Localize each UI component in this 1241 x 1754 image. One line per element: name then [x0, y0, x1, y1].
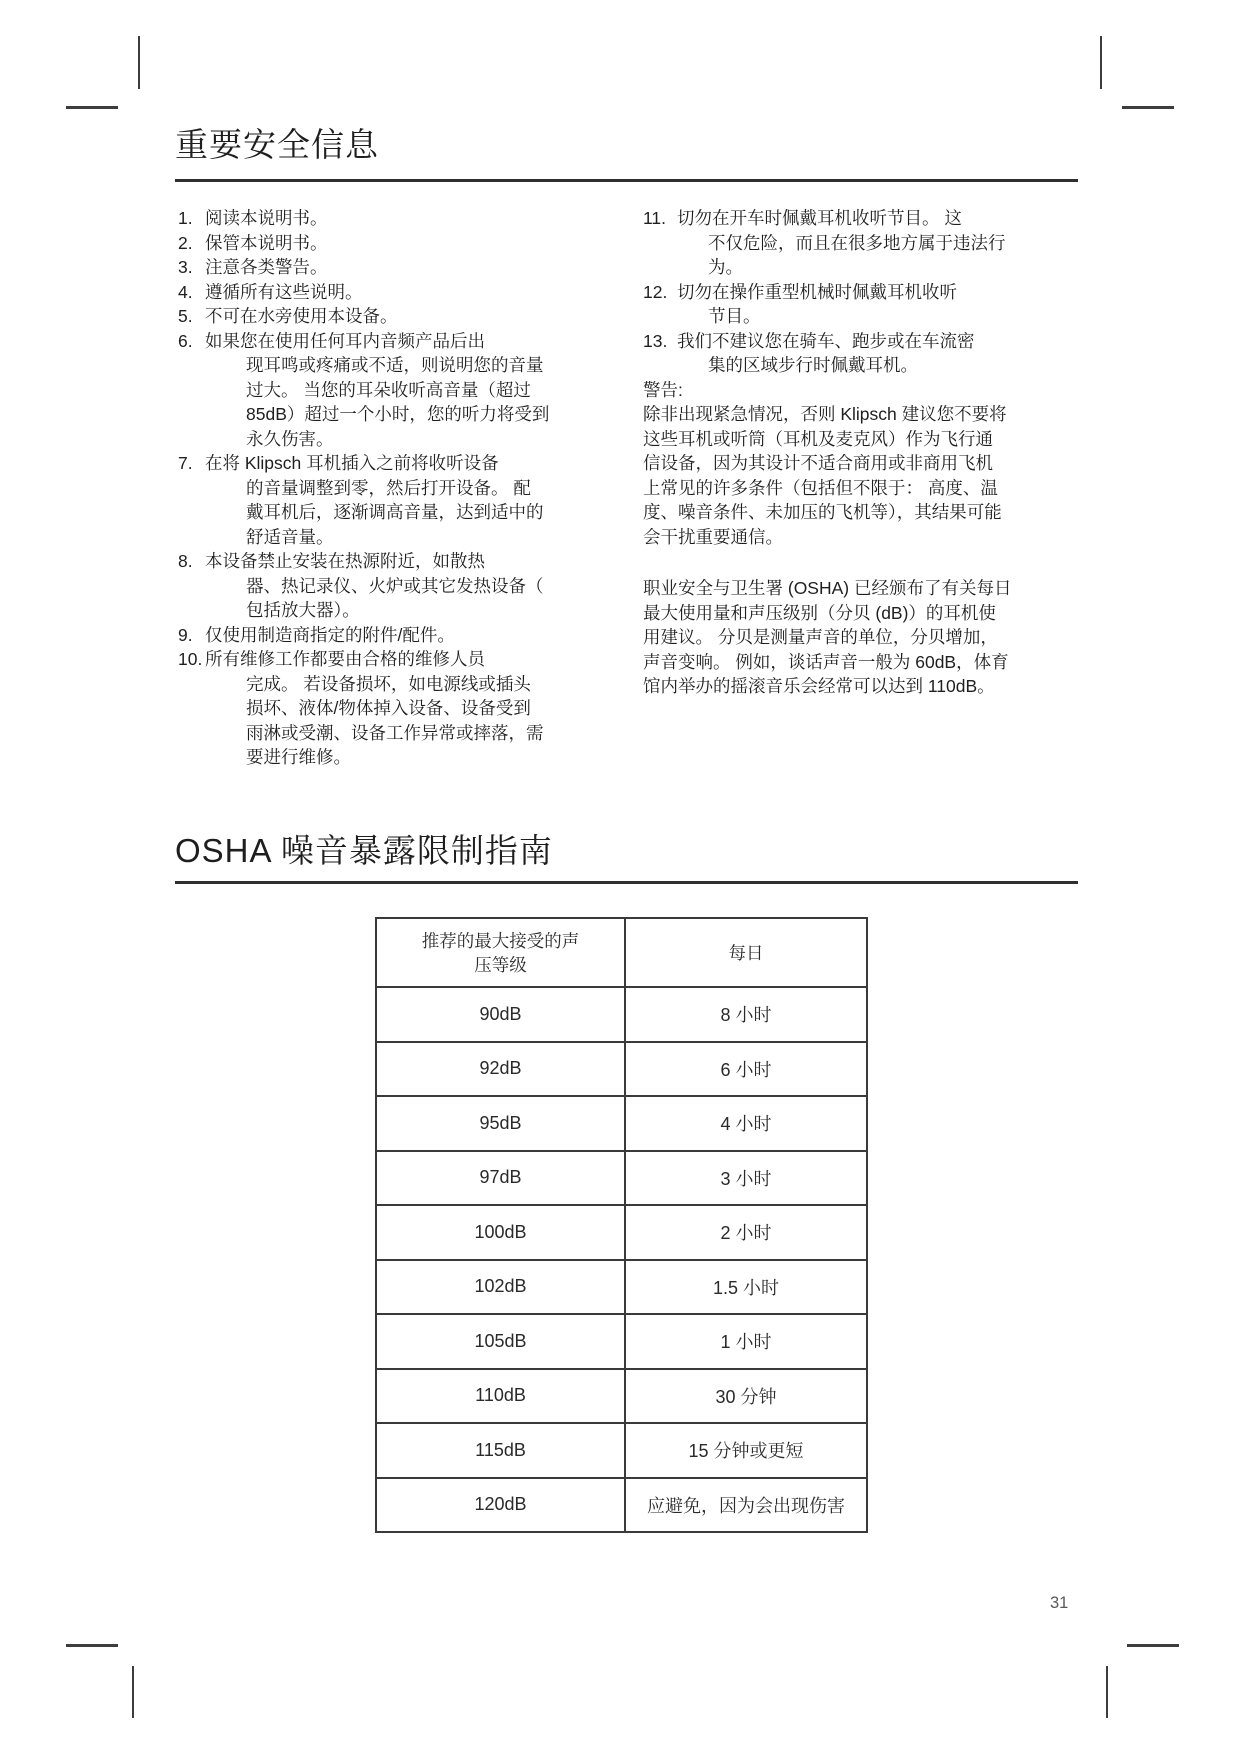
osha-section-title: OSHA 噪音暴露限制指南 — [175, 832, 553, 870]
safety-list-right: 11.切勿在开车时佩戴耳机收听节目。 这不仅危险，而且在很多地方属于违法行为。1… — [643, 206, 1063, 699]
table-cell-daily-limit: 2 小时 — [625, 1205, 867, 1260]
crop-mark-top-right-horizontal — [1122, 106, 1174, 109]
list-item-number: 10. — [178, 647, 205, 672]
list-item-number: 9. — [178, 623, 205, 648]
list-item-line: 包括放大器）。 — [178, 598, 598, 623]
crop-mark-top-left-horizontal — [66, 106, 118, 109]
crop-mark-top-right-vertical — [1100, 36, 1102, 89]
list-item-line: 完成。 若设备损坏，如电源线或插头 — [178, 672, 598, 697]
list-item-line: 的音量调整到零，然后打开设备。 配 — [178, 476, 598, 501]
paragraph-line: 声音变响。 例如，谈话声音一般为 60dB，体育 — [643, 650, 1063, 675]
list-item-line: 为。 — [643, 255, 1063, 280]
list-item-line: 6.如果您在使用任何耳内音频产品后出 — [178, 329, 598, 354]
crop-mark-bottom-right-horizontal — [1127, 1644, 1179, 1647]
list-item-number: 6. — [178, 329, 205, 354]
list-item-line: 器、热记录仪、火炉或其它发热设备（ — [178, 574, 598, 599]
list-item-number: 5. — [178, 304, 205, 329]
table-cell-daily-limit: 6 小时 — [625, 1042, 867, 1097]
list-item-line: 损坏、液体/物体掉入设备、设备受到 — [178, 696, 598, 721]
table-cell-daily-limit: 1.5 小时 — [625, 1260, 867, 1315]
table-cell-daily-limit: 30 分钟 — [625, 1369, 867, 1424]
table-row: 102dB1.5 小时 — [376, 1260, 867, 1315]
paragraph-line: 信设备，因为其设计不适合商用或非商用飞机 — [643, 451, 1063, 476]
table-cell-sound-pressure-level: 92dB — [376, 1042, 625, 1097]
warning-paragraph: 除非出现紧急情况，否则 Klipsch 建议您不要将这些耳机或听筒（耳机及麦克风… — [643, 402, 1063, 549]
table-row: 92dB6 小时 — [376, 1042, 867, 1097]
table-cell-sound-pressure-level: 110dB — [376, 1369, 625, 1424]
paragraph-line: 馆内举办的摇滚音乐会经常可以达到 110dB。 — [643, 674, 1063, 699]
list-item-number: 11. — [643, 206, 677, 231]
table-cell-daily-limit: 8 小时 — [625, 987, 867, 1042]
list-item-line: 5.不可在水旁使用本设备。 — [178, 304, 598, 329]
list-item-number: 7. — [178, 451, 205, 476]
list-item-line: 13.我们不建议您在骑车、跑步或在车流密 — [643, 329, 1063, 354]
table-body: 90dB8 小时92dB6 小时95dB4 小时97dB3 小时100dB2 小… — [376, 987, 867, 1532]
list-item-line: 3.注意各类警告。 — [178, 255, 598, 280]
paragraph-line: 除非出现紧急情况，否则 Klipsch 建议您不要将 — [643, 402, 1063, 427]
list-item-line: 舒适音量。 — [178, 525, 598, 550]
crop-mark-bottom-right-vertical — [1106, 1666, 1108, 1718]
safety-list-left: 1.阅读本说明书。2.保管本说明书。3.注意各类警告。4.遵循所有这些说明。5.… — [178, 206, 598, 770]
list-item-line: 不仅危险，而且在很多地方属于违法行 — [643, 231, 1063, 256]
safety-section-title: 重要安全信息 — [175, 126, 379, 164]
list-item-line: 节目。 — [643, 304, 1063, 329]
table-cell-daily-limit: 15 分钟或更短 — [625, 1423, 867, 1478]
list-item-line: 11.切勿在开车时佩戴耳机收听节目。 这 — [643, 206, 1063, 231]
list-item-number: 8. — [178, 549, 205, 574]
crop-mark-top-left-vertical — [138, 36, 140, 89]
list-item-line: 永久伤害。 — [178, 427, 598, 452]
paragraph-line: 度、噪音条件、未加压的飞机等），其结果可能 — [643, 500, 1063, 525]
table-cell-sound-pressure-level: 105dB — [376, 1314, 625, 1369]
table-row: 90dB8 小时 — [376, 987, 867, 1042]
list-item-line: 7.在将 Klipsch 耳机插入之前将收听设备 — [178, 451, 598, 476]
safety-title-rule — [175, 179, 1078, 182]
table-row: 110dB30 分钟 — [376, 1369, 867, 1424]
list-item-line: 85dB）超过一个小时，您的听力将受到 — [178, 402, 598, 427]
list-item-line: 现耳鸣或疼痛或不适，则说明您的音量 — [178, 353, 598, 378]
table-row: 95dB4 小时 — [376, 1096, 867, 1151]
warning-label: 警告: — [643, 378, 1063, 403]
paragraph-line: 用建议。 分贝是测量声音的单位，分贝增加， — [643, 625, 1063, 650]
paragraph-line: 压等级 — [377, 953, 624, 977]
table-cell-daily-limit: 应避免，因为会出现伤害 — [625, 1478, 867, 1533]
list-item-number: 1. — [178, 206, 205, 231]
list-item-line: 1.阅读本说明书。 — [178, 206, 598, 231]
table-row: 105dB1 小时 — [376, 1314, 867, 1369]
table-row: 120dB应避免，因为会出现伤害 — [376, 1478, 867, 1533]
list-item-line: 过大。 当您的耳朵收听高音量（超过 — [178, 378, 598, 403]
list-item-line: 10.所有维修工作都要由合格的维修人员 — [178, 647, 598, 672]
table-cell-sound-pressure-level: 120dB — [376, 1478, 625, 1533]
table-cell-daily-limit: 1 小时 — [625, 1314, 867, 1369]
list-item-number: 12. — [643, 280, 677, 305]
list-item-line: 8.本设备禁止安装在热源附近，如散热 — [178, 549, 598, 574]
crop-mark-bottom-left-horizontal — [66, 1644, 118, 1647]
table-header-row: 推荐的最大接受的声压等级 每日 — [376, 918, 867, 987]
list-item-line: 要进行维修。 — [178, 745, 598, 770]
table-header-daily: 每日 — [625, 918, 867, 987]
paragraph-line: 推荐的最大接受的声 — [377, 929, 624, 953]
crop-mark-bottom-left-vertical — [132, 1666, 134, 1718]
list-item-number: 13. — [643, 329, 677, 354]
osha-advisory-paragraph: 职业安全与卫生署 (OSHA) 已经颁布了有关每日最大使用量和声压级别（分贝 (… — [643, 576, 1063, 699]
table-cell-sound-pressure-level: 102dB — [376, 1260, 625, 1315]
paragraph-gap — [643, 549, 1063, 576]
list-item-line: 集的区域步行时佩戴耳机。 — [643, 353, 1063, 378]
safety-list-right-items: 11.切勿在开车时佩戴耳机收听节目。 这不仅危险，而且在很多地方属于违法行为。1… — [643, 206, 1063, 378]
paragraph-line: 职业安全与卫生署 (OSHA) 已经颁布了有关每日 — [643, 576, 1063, 601]
list-item-line: 戴耳机后，逐渐调高音量，达到适中的 — [178, 500, 598, 525]
paragraph-line: 会干扰重要通信。 — [643, 525, 1063, 550]
paragraph-line: 最大使用量和声压级别（分贝 (dB)）的耳机使 — [643, 601, 1063, 626]
osha-noise-limit-table: 推荐的最大接受的声压等级 每日 90dB8 小时92dB6 小时95dB4 小时… — [375, 917, 868, 1533]
paragraph-line: 上常见的许多条件（包括但不限于： 高度、温 — [643, 476, 1063, 501]
table-row: 100dB2 小时 — [376, 1205, 867, 1260]
table-row: 97dB3 小时 — [376, 1151, 867, 1206]
list-item-line: 4.遵循所有这些说明。 — [178, 280, 598, 305]
list-item-line: 9.仅使用制造商指定的附件/配件。 — [178, 623, 598, 648]
table-row: 115dB15 分钟或更短 — [376, 1423, 867, 1478]
page-number: 31 — [1050, 1594, 1068, 1613]
list-item-line: 雨淋或受潮、设备工作异常或摔落，需 — [178, 721, 598, 746]
list-item-line: 12.切勿在操作重型机械时佩戴耳机收听 — [643, 280, 1063, 305]
list-item-number: 2. — [178, 231, 205, 256]
table-cell-sound-pressure-level: 115dB — [376, 1423, 625, 1478]
table-header-sound-pressure: 推荐的最大接受的声压等级 — [376, 918, 625, 987]
list-item-number: 3. — [178, 255, 205, 280]
table-cell-sound-pressure-level: 95dB — [376, 1096, 625, 1151]
table-cell-daily-limit: 3 小时 — [625, 1151, 867, 1206]
table-cell-sound-pressure-level: 97dB — [376, 1151, 625, 1206]
table-cell-daily-limit: 4 小时 — [625, 1096, 867, 1151]
manual-page: { "page": { "number": "31" }, "colors": … — [0, 0, 1241, 1754]
table-cell-sound-pressure-level: 100dB — [376, 1205, 625, 1260]
osha-title-rule — [175, 881, 1078, 884]
list-item-line: 2.保管本说明书。 — [178, 231, 598, 256]
table-cell-sound-pressure-level: 90dB — [376, 987, 625, 1042]
paragraph-line: 这些耳机或听筒（耳机及麦克风）作为飞行通 — [643, 427, 1063, 452]
list-item-number: 4. — [178, 280, 205, 305]
